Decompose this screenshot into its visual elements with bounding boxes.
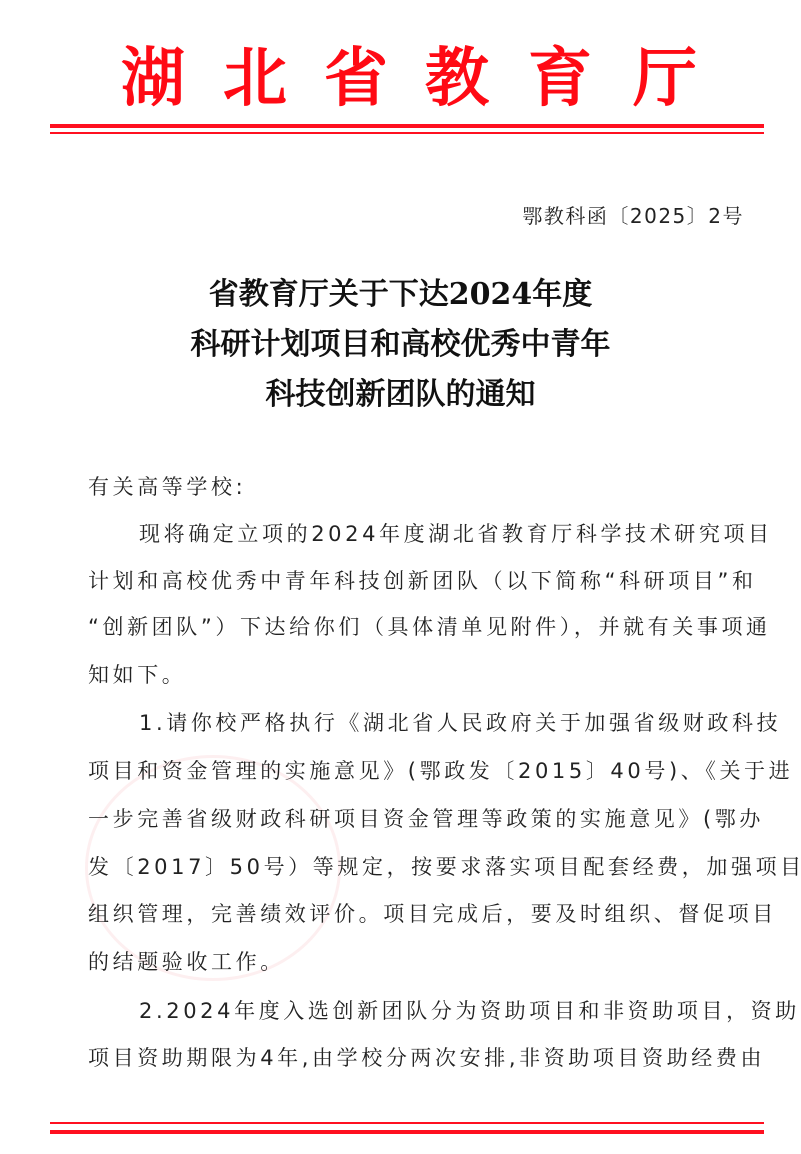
footer-rule-thin xyxy=(50,1122,764,1124)
letterhead-char: 厅 xyxy=(625,44,705,114)
letterhead-char: 育 xyxy=(520,44,600,114)
body-line: 项目和资金管理的实施意见》(鄂政发〔2015〕40号)、《关于进 xyxy=(88,756,748,786)
body-line: 1.请你校严格执行《湖北省人民政府关于加强省级财政科技 xyxy=(139,708,748,738)
letterhead-title: 湖 北 省 教 育 厅 xyxy=(0,44,801,114)
body-line: 2.2024年度入选创新团队分为资助项目和非资助项目，资助 xyxy=(139,996,748,1026)
document-title-line-3: 科技创新团队的通知 xyxy=(0,377,801,413)
salutation: 有关高等学校: xyxy=(88,472,748,502)
footer-rule-thick xyxy=(50,1130,764,1134)
letterhead-char: 北 xyxy=(215,44,295,114)
letterhead-char: 湖 xyxy=(113,44,193,114)
body-line: 发〔2017〕50号）等规定，按要求落实项目配套经费，加强项目 xyxy=(88,852,748,882)
body-line: 的结题验收工作。 xyxy=(88,947,748,977)
letterhead-char: 教 xyxy=(417,44,497,114)
document-number: 鄂教科函〔2025〕2号 xyxy=(522,203,744,229)
body-line: 知如下。 xyxy=(88,660,748,690)
document-title-line-2: 科研计划项目和高校优秀中青年 xyxy=(0,327,801,363)
letterhead-rule-thick xyxy=(50,124,764,128)
body-line: 一步完善省级财政科研项目资金管理等政策的实施意见》(鄂办 xyxy=(88,804,748,834)
body-line: 组织管理，完善绩效评价。项目完成后，要及时组织、督促项目 xyxy=(88,899,748,929)
letterhead-char: 省 xyxy=(316,44,396,114)
body-line: “创新团队”）下达给你们（具体清单见附件），并就有关事项通 xyxy=(88,612,748,642)
document-title-line-1: 省教育厅关于下达2024年度 xyxy=(0,277,801,313)
body-line: 项目资助期限为4年,由学校分两次安排,非资助项目资助经费由 xyxy=(88,1043,748,1073)
body-line: 计划和高校优秀中青年科技创新团队（以下简称“科研项目”和 xyxy=(88,566,748,596)
letterhead-rule-thin xyxy=(50,132,764,134)
body-line: 现将确定立项的2024年度湖北省教育厅科学技术研究项目 xyxy=(139,519,748,549)
